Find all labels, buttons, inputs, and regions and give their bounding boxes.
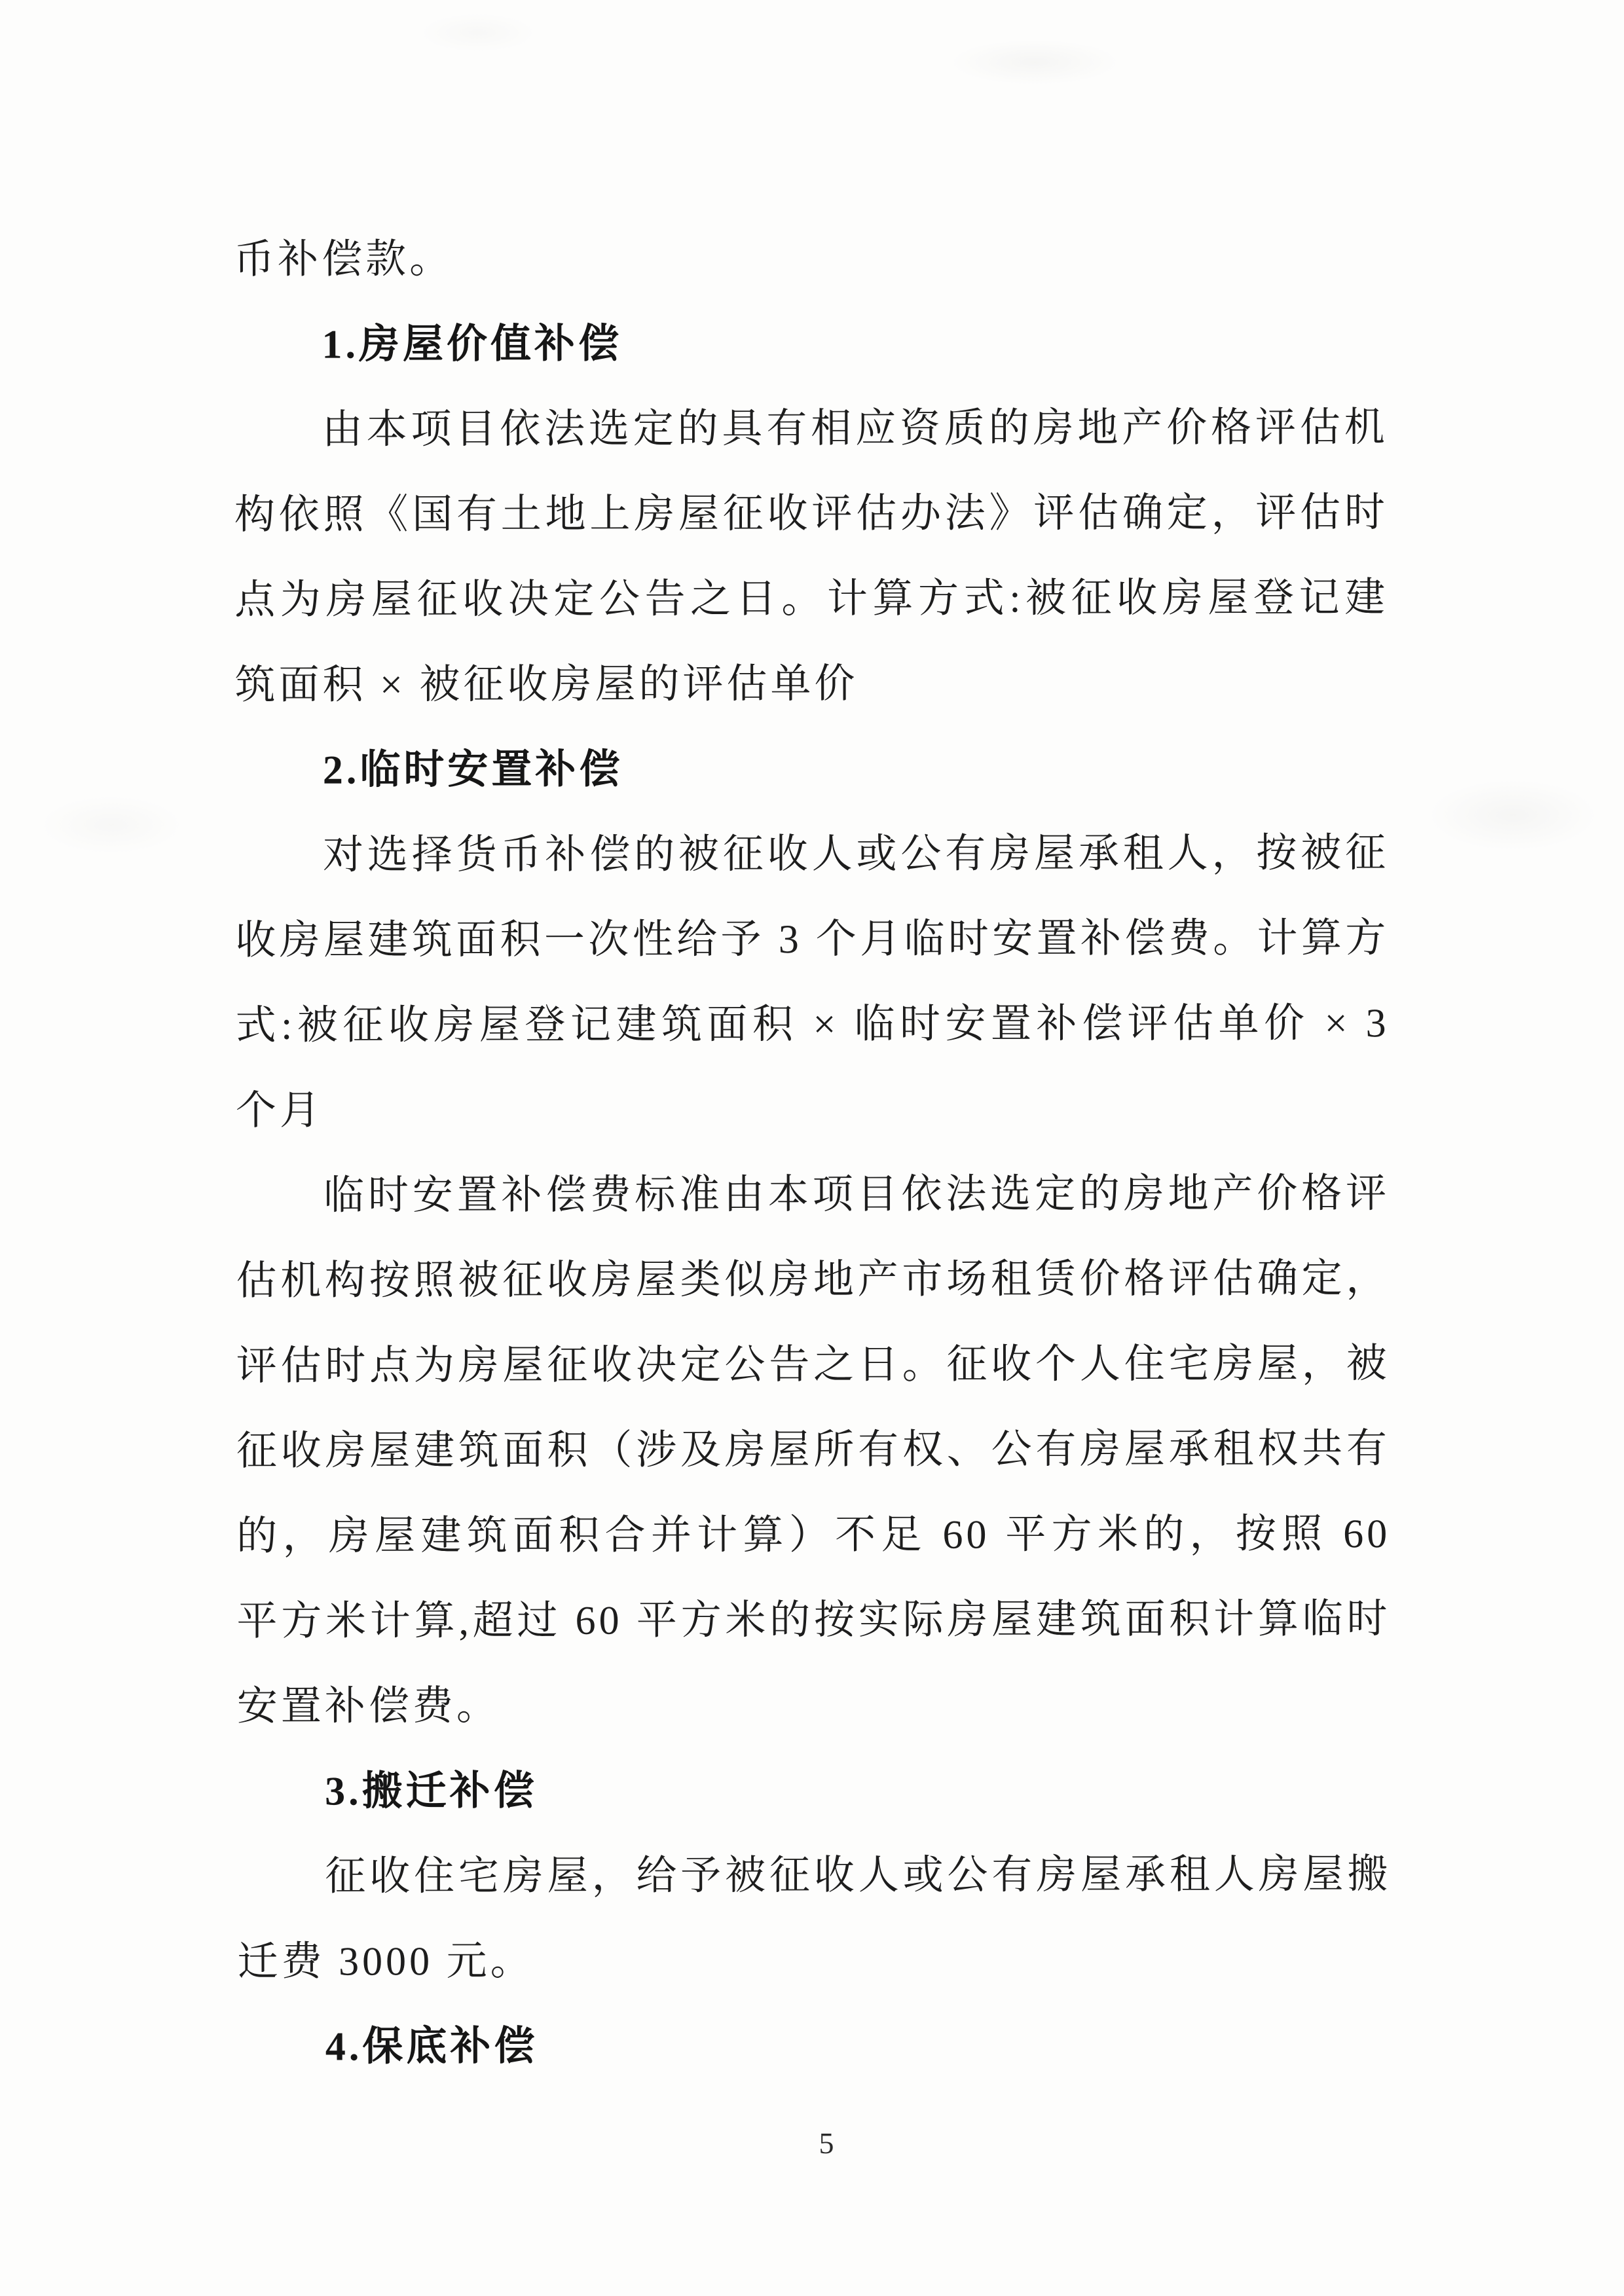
paragraph: 临时安置补偿费标准由本项目依法选定的房地产价格评估机构按照被征收房屋类似房地产市…	[236, 1151, 1391, 1749]
page-number: 5	[14, 2124, 1624, 2163]
scan-smudge	[419, 13, 537, 52]
section-heading: 1.房屋价值补偿	[234, 300, 1388, 388]
paragraph: 由本项目依法选定的具有相应资质的房地产价格评估机构依照《国有土地上房屋征收评估办…	[234, 385, 1389, 728]
section-heading: 2.临时安置补偿	[235, 725, 1389, 813]
scanned-document-page: 币补偿款。 1.房屋价值补偿由本项目依法选定的具有相应资质的房地产价格评估机构依…	[0, 0, 1624, 2296]
section-heading: 3.搬迁补偿	[237, 1747, 1391, 1834]
scan-smudge	[1428, 779, 1598, 851]
document-body: 币补偿款。 1.房屋价值补偿由本项目依法选定的具有相应资质的房地产价格评估机构依…	[234, 215, 1392, 2090]
section-heading: 4.保底补偿	[238, 2002, 1392, 2090]
continuation-line: 币补偿款。	[234, 215, 1388, 302]
paragraph: 对选择货币补偿的被征收人或公有房屋承租人，按被征收房屋建筑面积一次性给予 3 个…	[235, 811, 1390, 1154]
scan-smudge	[950, 39, 1120, 85]
sections-container: 1.房屋价值补偿由本项目依法选定的具有相应资质的房地产价格评估机构依照《国有土地…	[234, 300, 1392, 2090]
paragraph: 征收住宅房屋，给予被征收人或公有房屋承租人房屋搬迁费 3000 元。	[237, 1832, 1392, 2005]
scan-smudge	[39, 795, 183, 854]
